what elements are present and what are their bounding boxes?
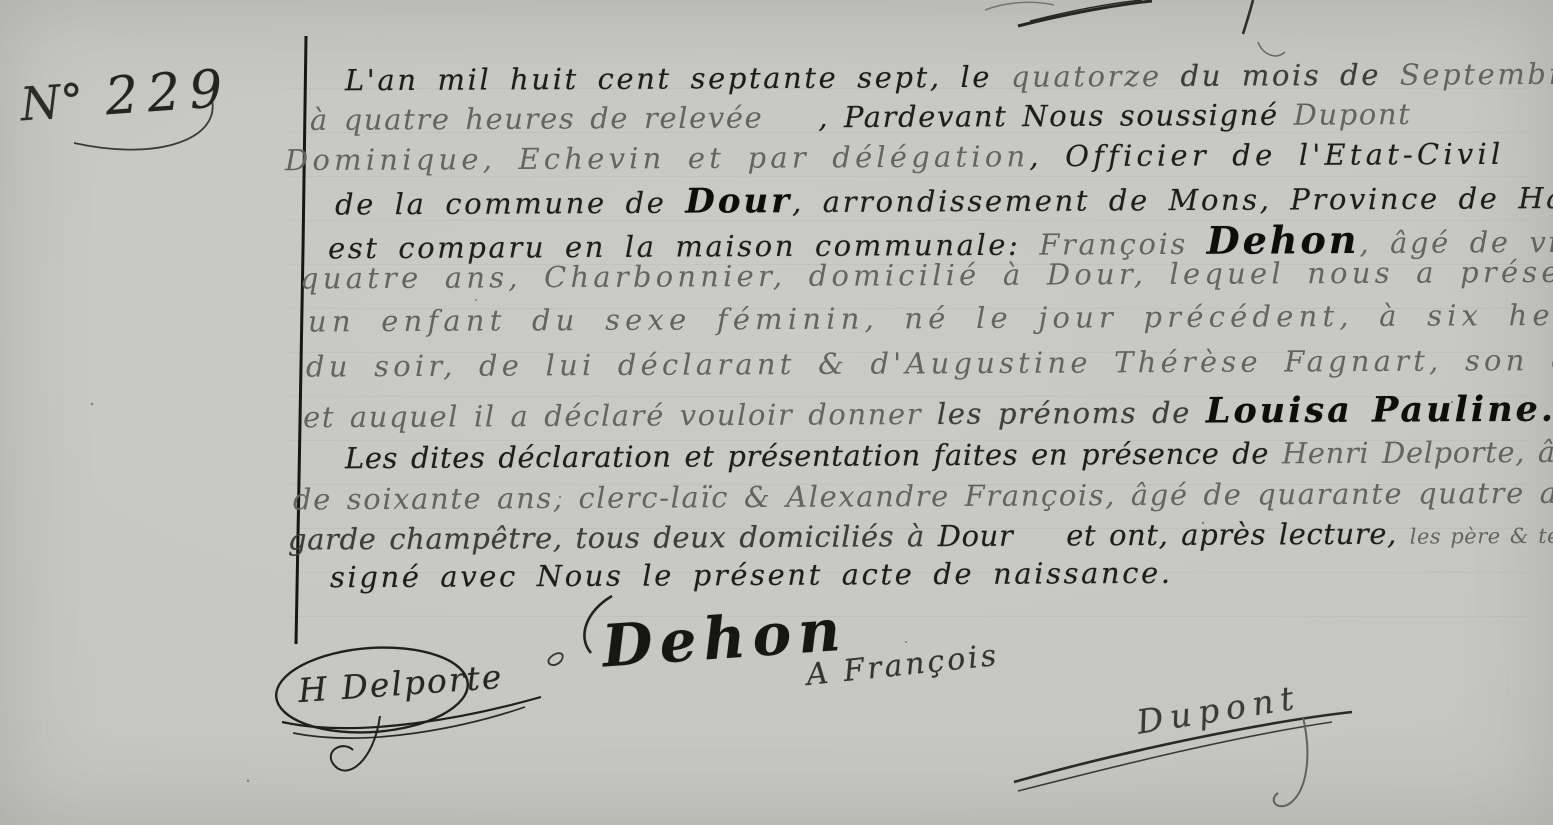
act-line: et auquel il a déclaré vouloir donner le… <box>303 389 1553 437</box>
act-number-value: 229 <box>103 59 233 128</box>
act-text-segment: les père & témoins <box>1410 523 1553 548</box>
act-text-segment: L'an mil huit cent septante sept, le <box>345 60 1011 97</box>
act-line: L'an mil huit cent septante sept, le qua… <box>345 57 1553 97</box>
act-text-segment: et auquel il a déclaré vouloir donner <box>303 397 937 434</box>
act-text-segment: quatre ans, Charbonnier, domicilié à Dou… <box>300 255 1553 296</box>
act-text-segment: Louisa Pauline. <box>1206 389 1553 432</box>
act-text-segment: signé avec Nous le présent acte de naiss… <box>330 556 1173 594</box>
act-text-segment: Dominique, Echevin et par délégation <box>285 139 1030 177</box>
act-line: de soixante ans, clerc-laïc & Alexandre … <box>293 476 1553 517</box>
act-text-segment: , Pardevant Nous soussigné <box>763 98 1293 135</box>
act-text-segment: , Officier de l'Etat-Civil <box>1029 137 1504 173</box>
act-line: quatre ans, Charbonnier, domicilié à Dou… <box>300 255 1553 296</box>
act-text-segment: Septembre <box>1400 57 1553 92</box>
act-line: garde champêtre, tous deux domiciliés à … <box>288 515 1553 556</box>
act-line: Dominique, Echevin et par délégation, Of… <box>285 137 1505 177</box>
act-text-segment: Henri Delporte, âgé <box>1282 435 1553 471</box>
act-text-segment: Dour <box>938 519 1014 553</box>
act-text-segment: du soir, de lui déclarant & d'Augustine … <box>306 342 1553 383</box>
act-text-segment: garde champêtre, tous deux domiciliés à <box>288 519 938 556</box>
act-number-label: N° <box>18 73 85 131</box>
act-text-segment: et ont, après lecture, <box>1013 517 1410 553</box>
act-text-segment: du mois de <box>1162 58 1400 93</box>
page-edge-ink-remnant <box>1243 0 1253 34</box>
act-text-segment: à quatre heures de relevée <box>310 101 763 137</box>
act-line: un enfant du sexe féminin, né le jour pr… <box>308 298 1553 339</box>
act-text-segment: de la commune de <box>335 186 685 222</box>
page-edge-ink-remnant <box>985 2 1054 10</box>
act-text-segment: Dour <box>685 181 792 222</box>
signature-delporte-descender <box>331 716 380 771</box>
signature-delporte-underline <box>293 707 525 738</box>
act-line: signé avec Nous le présent acte de naiss… <box>330 556 1173 594</box>
act-line: à quatre heures de relevée, Pardevant No… <box>310 97 1412 137</box>
act-text-segment: quatorze <box>1011 59 1162 94</box>
act-text-segment: de soixante ans, clerc-laïc & Alexandre … <box>293 476 1553 517</box>
act-text-segment: , arrondissement de Mons, Province de Ha… <box>792 181 1553 220</box>
page-edge-ink-remnant <box>1018 1 1152 26</box>
act-text-segment: les prénoms de <box>937 396 1206 431</box>
scanned-birth-act-page: N°229 L'an mil huit cent septante sept, … <box>0 0 1553 825</box>
act-text-segment: Dupont <box>1293 97 1411 132</box>
page-edge-ink-remnant <box>1258 42 1285 56</box>
act-line: du soir, de lui déclarant & d'Augustine … <box>306 342 1553 383</box>
act-text-segment: Les dites déclaration et présentation fa… <box>345 436 1282 475</box>
act-text-segment: un enfant du sexe féminin, né le jour pr… <box>308 298 1553 339</box>
act-line: Les dites déclaration et présentation fa… <box>345 435 1553 476</box>
signature-dehon-flourish <box>548 653 562 665</box>
